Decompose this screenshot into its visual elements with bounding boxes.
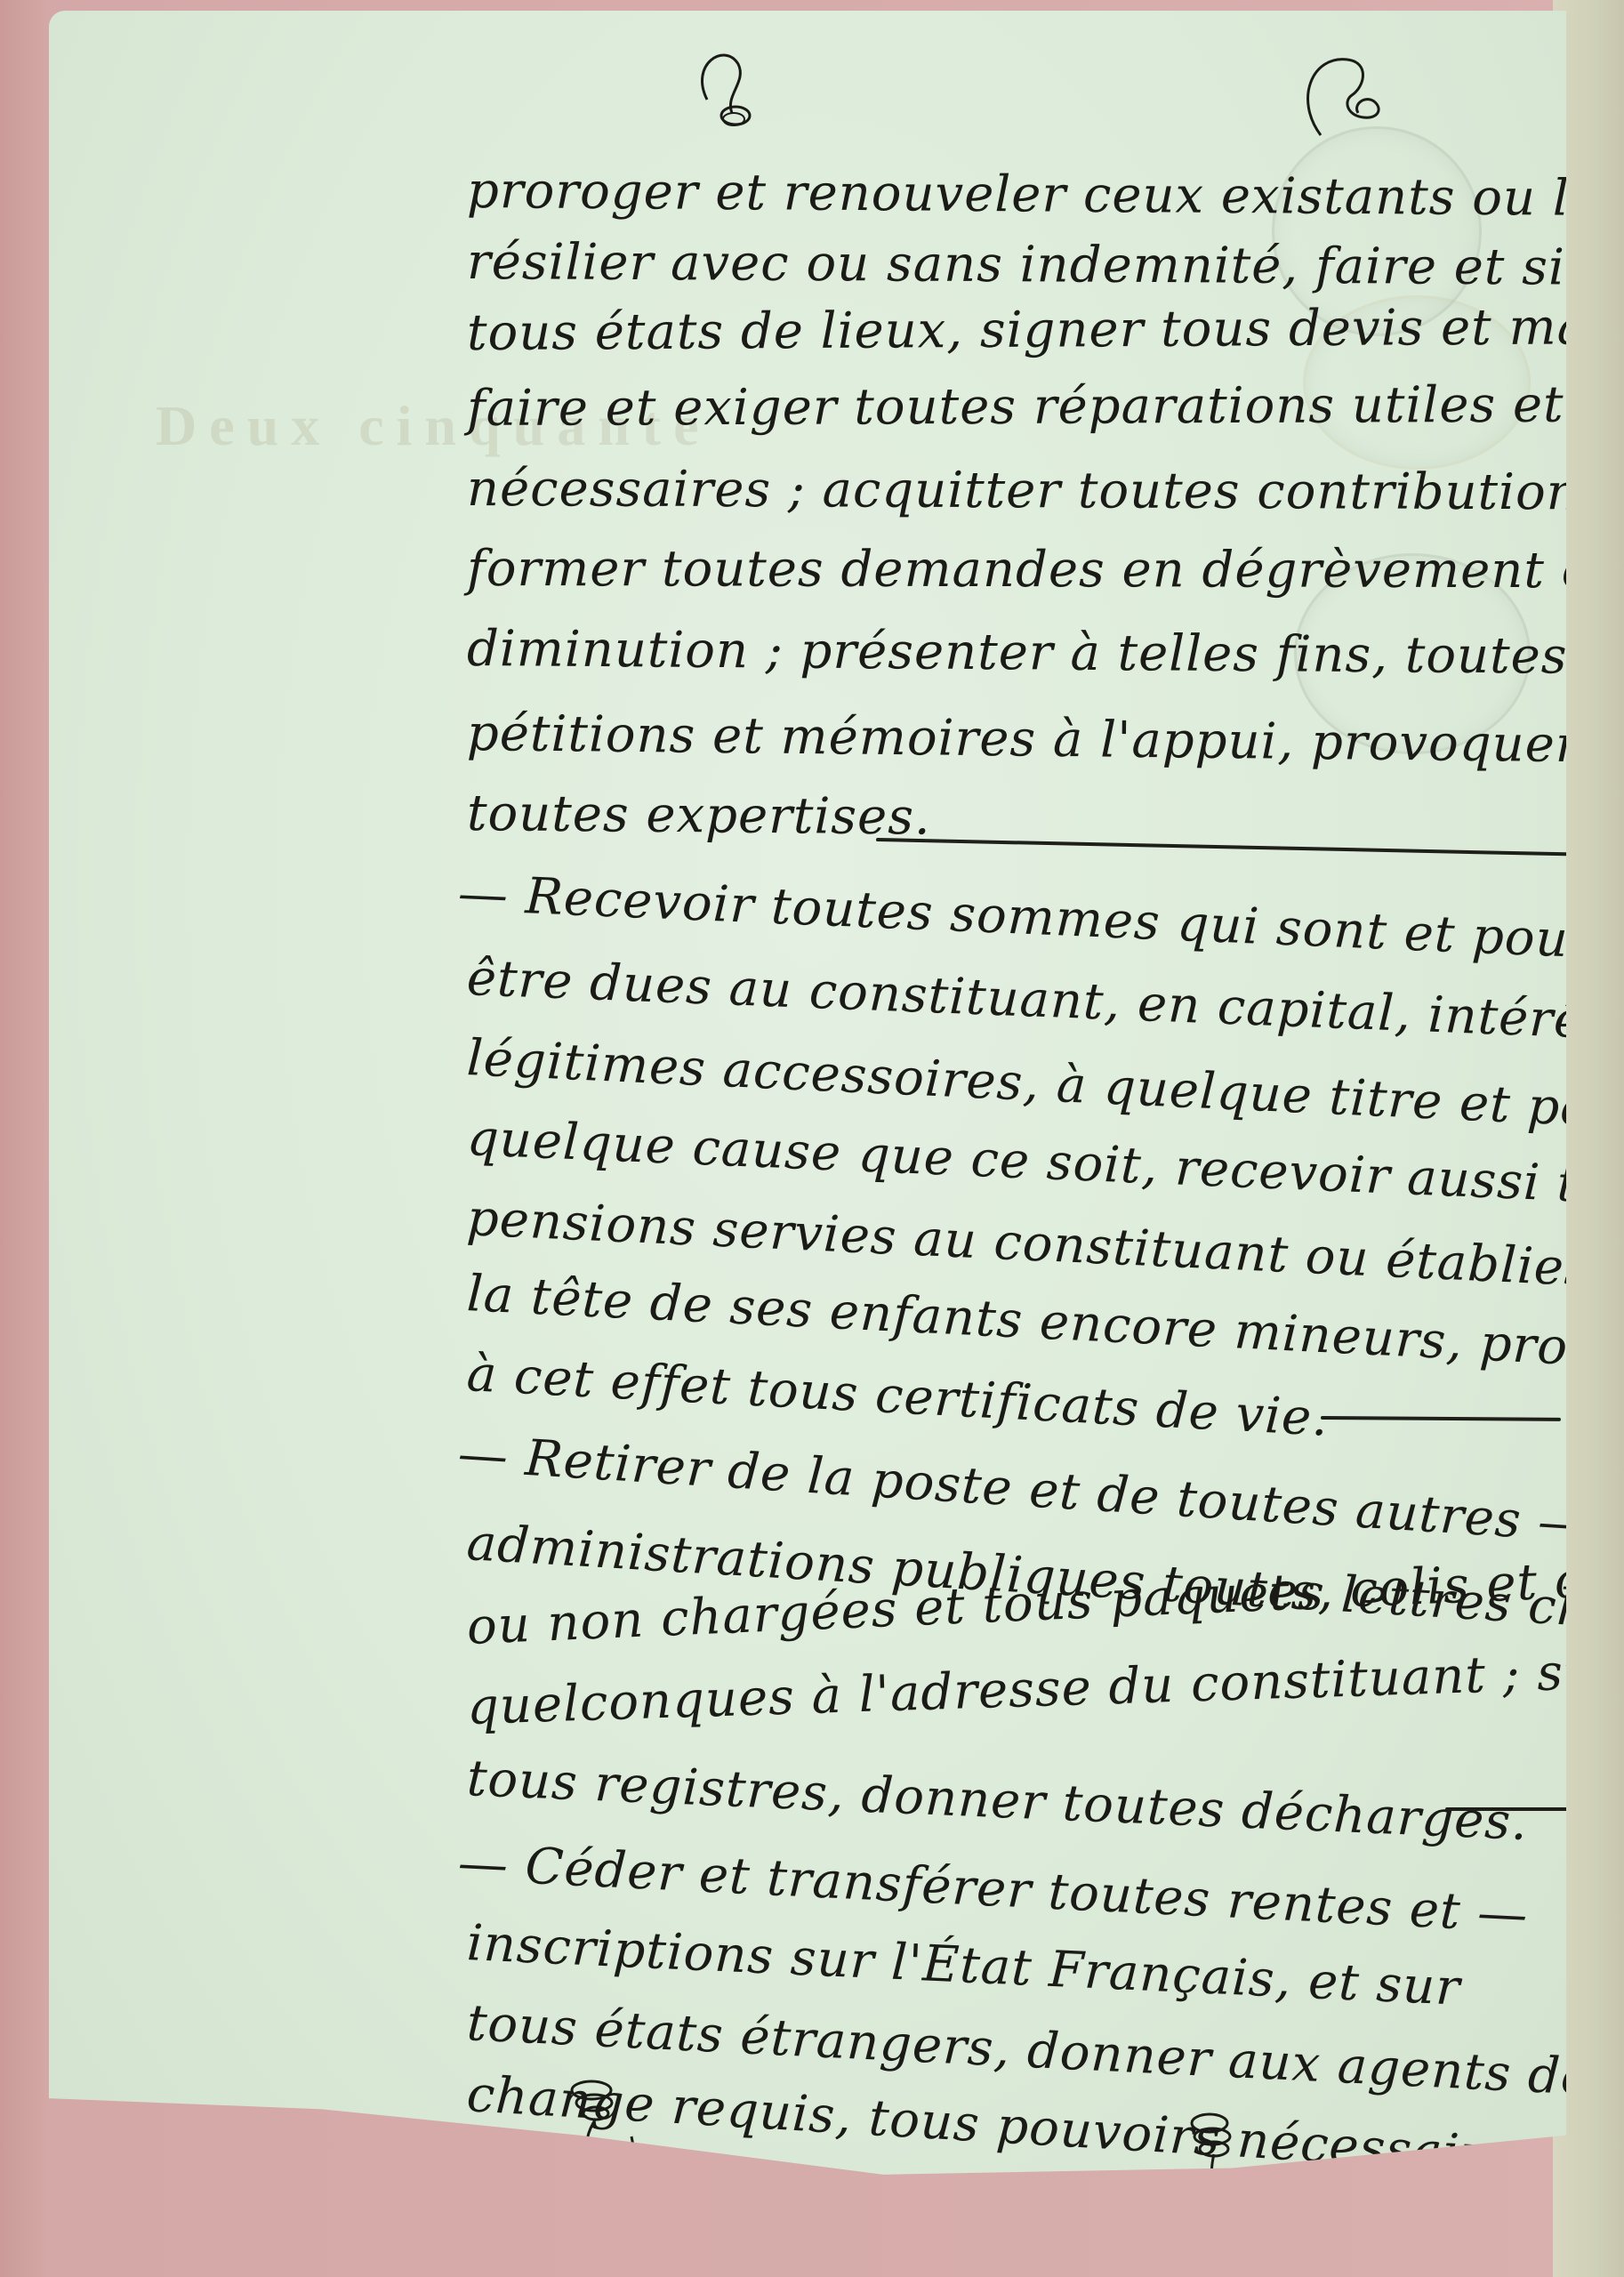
text-line: proroger et renouveler ceux existants ou… <box>467 162 1624 228</box>
text-line: diminution ; présenter à telles fins, to… <box>467 620 1624 686</box>
text-line: tous états de lieux, signer tous devis e… <box>467 298 1624 362</box>
flourish-left-icon <box>689 46 769 139</box>
section-divider <box>876 838 1623 857</box>
text-line: pétitions et mémoires à l'appui, provoqu… <box>467 704 1624 775</box>
text-line: à cet effet tous certificats de vie. <box>465 1345 1330 1448</box>
document-page: Deux cinquante proroger et renouveler ce… <box>49 11 1566 2190</box>
text-line: quelconques à l'adresse du constituant ;… <box>466 1639 1624 1736</box>
text-line: résilier avec ou sans indemnité, faire e… <box>467 233 1624 297</box>
flourish-bottom-left-icon <box>560 2074 658 2184</box>
text-line: tous registres, donner toutes décharges. <box>466 1750 1530 1852</box>
text-line: former toutes demandes en dégrèvement ou <box>467 540 1624 599</box>
flourish-right-icon <box>1294 46 1392 148</box>
text-line: toutes expertises. <box>467 784 931 847</box>
text-line: faire et exiger toutes réparations utile… <box>467 376 1564 438</box>
flourish-bottom-right-icon <box>1178 2101 1303 2229</box>
section-divider <box>1321 1416 1561 1421</box>
text-line: nécessaires ; acquitter toutes contribut… <box>467 460 1624 522</box>
